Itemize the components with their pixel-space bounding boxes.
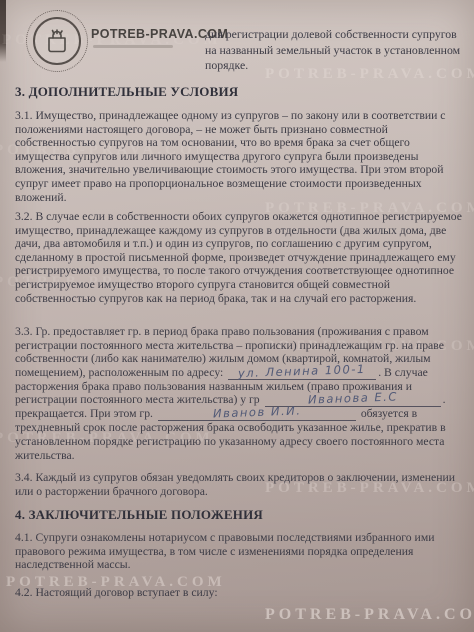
handwritten-name-1: Иванова Е.С: [307, 392, 397, 406]
handwritten-name-2: Иванов И.И.: [212, 406, 301, 420]
logo-inner-circle: [33, 17, 81, 65]
section-3-heading: 3. ДОПОЛНИТЕЛЬНЫЕ УСЛОВИЯ: [15, 84, 238, 100]
document-photo: POTREB-PRAVA.COM POTREB-PRAVA.COM POTREB…: [0, 0, 474, 632]
clause-4-2: 4.2. Настоящий договор вступает в силу:: [15, 586, 464, 600]
shopping-bag-icon: [43, 27, 71, 55]
watermark: POTREB-PRAVA.COM: [265, 606, 474, 624]
address-blank: ул. Ленина 100-1: [228, 367, 376, 380]
clause-3-3: 3.3. Гр. предоставляет гр. в период брак…: [15, 325, 467, 462]
brand-tagline: [93, 45, 173, 48]
clause-3-1: 3.1. Имущество, принадлежащее одному из …: [15, 109, 464, 204]
spouse-name-blank: Иванов И.И.: [158, 408, 356, 421]
handwritten-address: ул. Ленина 100-1: [238, 364, 366, 379]
clause-3-4: 3.4. Каждый из супругов обязан уведомлят…: [15, 471, 455, 498]
potreb-prava-logo: [26, 10, 88, 72]
intro-paragraph: дня регистрации долевой собственности су…: [205, 27, 463, 74]
photo-edge-shadow: [0, 0, 6, 62]
section-4-heading: 4. ЗАКЛЮЧИТЕЛЬНЫЕ ПОЛОЖЕНИЯ: [15, 507, 263, 523]
clause-3-2: 3.2. В случае если в собственности обоих…: [15, 210, 467, 305]
clause-4-1: 4.1. Супруги ознакомлены нотариусом с пр…: [15, 531, 464, 572]
